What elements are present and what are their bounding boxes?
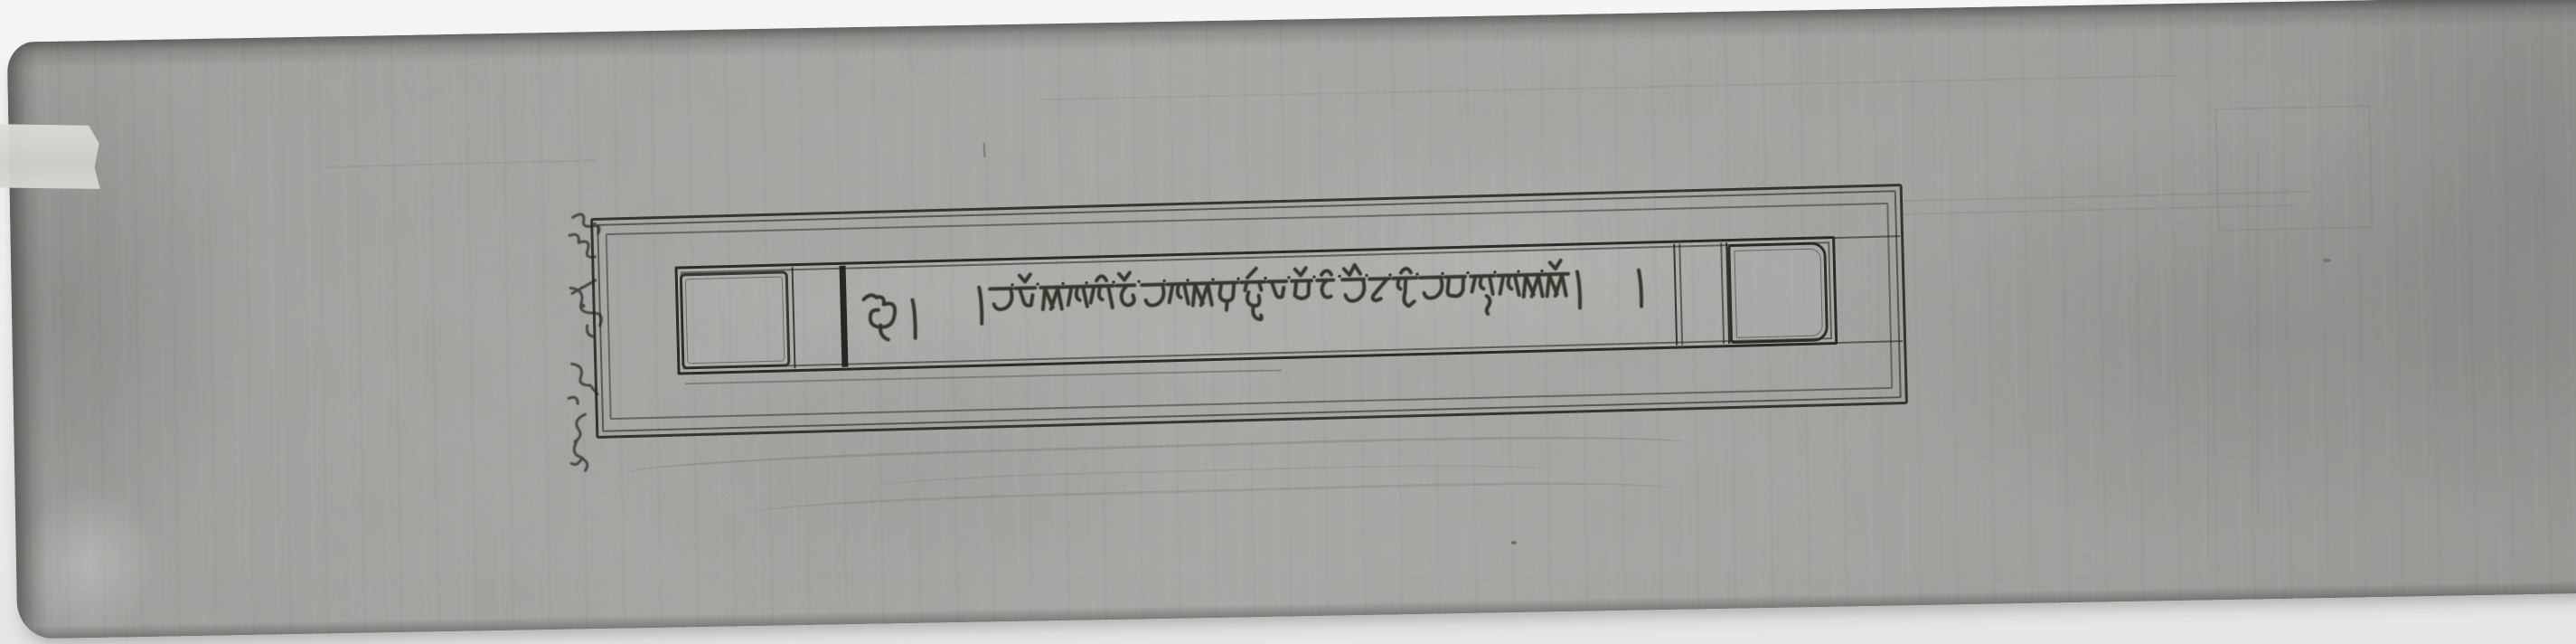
tape-label bbox=[0, 122, 100, 191]
worn-light-patch bbox=[20, 483, 158, 639]
left-divider-box bbox=[792, 266, 849, 369]
scanned-folio: དོན་ཁྲིད bbox=[0, 0, 2576, 644]
right-divider-box bbox=[1673, 242, 1730, 346]
right-end-box bbox=[1727, 241, 1829, 344]
left-end-box bbox=[680, 270, 791, 369]
title-frame: ༄༅། །དངོས་གཞི་འོད་གསལ་སྙིང་པོའི་དོན་ཁྲིད… bbox=[590, 184, 1908, 439]
